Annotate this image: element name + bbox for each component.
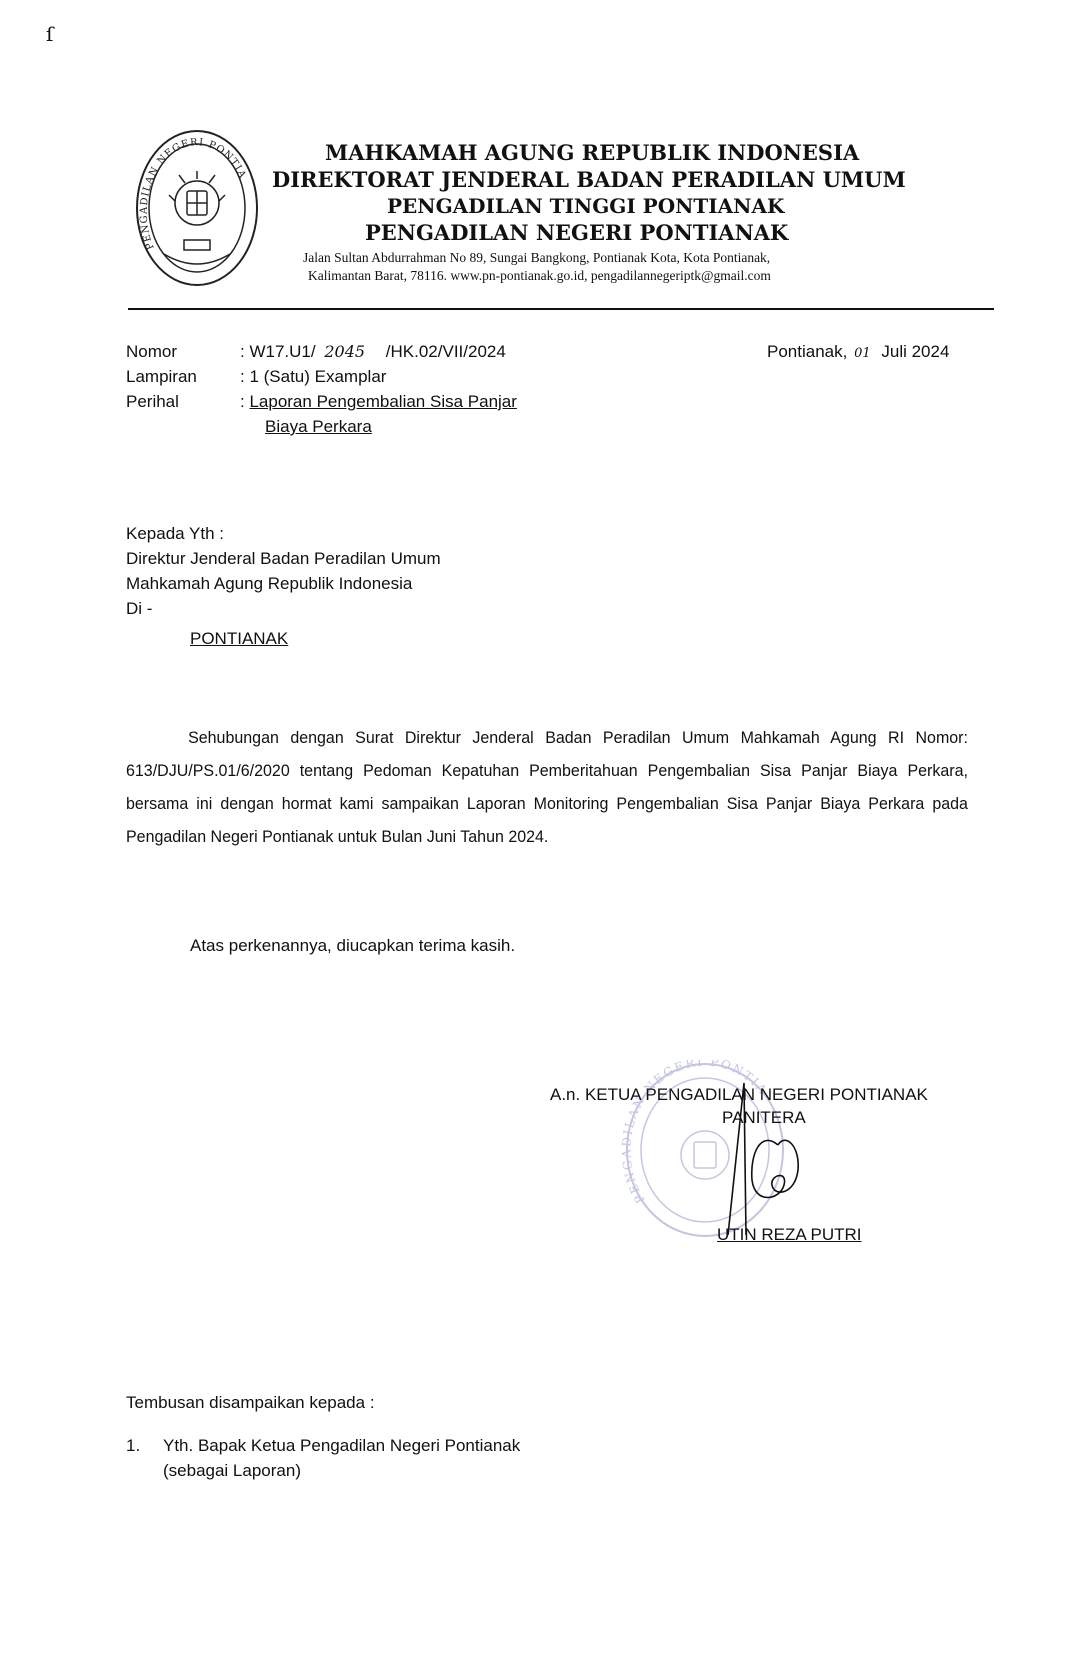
- date-month-year: Juli 2024: [881, 342, 949, 361]
- copy-item-line-2: (sebagai Laporan): [163, 1461, 301, 1481]
- letterhead-line-3: PENGADILAN TINGGI PONTIANAK: [387, 194, 784, 218]
- perihal-line-2: Biaya Perkara: [265, 417, 372, 437]
- copy-item-number: 1.: [126, 1436, 140, 1456]
- letterhead-address-2: Kalimantan Barat, 78116. www.pn-pontiana…: [308, 268, 771, 284]
- lampiran-value: : 1 (Satu) Examplar: [240, 367, 386, 387]
- letterhead-address-1: Jalan Sultan Abdurrahman No 89, Sungai B…: [303, 250, 770, 266]
- court-logo: PENGADILAN NEGERI PONTIANAK: [134, 128, 260, 288]
- perihal-line-1: Laporan Pengembalian Sisa Panjar: [249, 392, 516, 411]
- letterhead-line-2: DIREKTORAT JENDERAL BADAN PERADILAN UMUM: [272, 167, 906, 192]
- nomor-value: : W17.U1/ 2045 /HK.02/VII/2024: [240, 342, 506, 362]
- recipient-line-3: Di -: [126, 599, 152, 619]
- svg-text:PENGADILAN NEGERI PONTIANAK: PENGADILAN NEGERI PONTIANAK: [134, 128, 248, 251]
- date-place: Pontianak,: [767, 342, 847, 361]
- letterhead-divider: [128, 308, 994, 310]
- letterhead-line-4: PENGADILAN NEGERI PONTIANAK: [365, 220, 788, 245]
- lampiran-label: Lampiran: [126, 367, 197, 387]
- corner-mark: ſ: [46, 22, 53, 46]
- letterhead-line-1: MAHKAMAH AGUNG REPUBLIK INDONESIA: [325, 140, 859, 165]
- nomor-suffix: /HK.02/VII/2024: [386, 342, 506, 361]
- body-paragraph-1: Sehubungan dengan Surat Direktur Jendera…: [126, 722, 968, 854]
- copy-item-line-1: Yth. Bapak Ketua Pengadilan Negeri Ponti…: [163, 1436, 520, 1456]
- letter-date: Pontianak, 01 Juli 2024: [767, 342, 949, 362]
- copies-heading: Tembusan disampaikan kepada :: [126, 1393, 375, 1413]
- recipient-line-1: Direktur Jenderal Badan Peradilan Umum: [126, 549, 441, 569]
- recipient-line-2: Mahkamah Agung Republik Indonesia: [126, 574, 412, 594]
- recipient-city: PONTIANAK: [190, 629, 288, 649]
- nomor-prefix: : W17.U1/: [240, 342, 316, 361]
- handwritten-signature: [700, 1075, 810, 1245]
- court-emblem-icon: PENGADILAN NEGERI PONTIANAK: [134, 128, 260, 288]
- date-day-handwritten: 01: [854, 346, 871, 361]
- signature-scribble-icon: [700, 1075, 810, 1245]
- body-paragraph-2: Atas perkenannya, diucapkan terima kasih…: [190, 936, 515, 956]
- nomor-handwritten: 2045: [324, 342, 365, 361]
- recipient-salutation: Kepada Yth :: [126, 524, 224, 544]
- signatory-name: UTIN REZA PUTRI: [717, 1225, 862, 1245]
- perihal-value: : Laporan Pengembalian Sisa Panjar: [240, 392, 517, 412]
- perihal-label: Perihal: [126, 392, 179, 412]
- nomor-label: Nomor: [126, 342, 177, 362]
